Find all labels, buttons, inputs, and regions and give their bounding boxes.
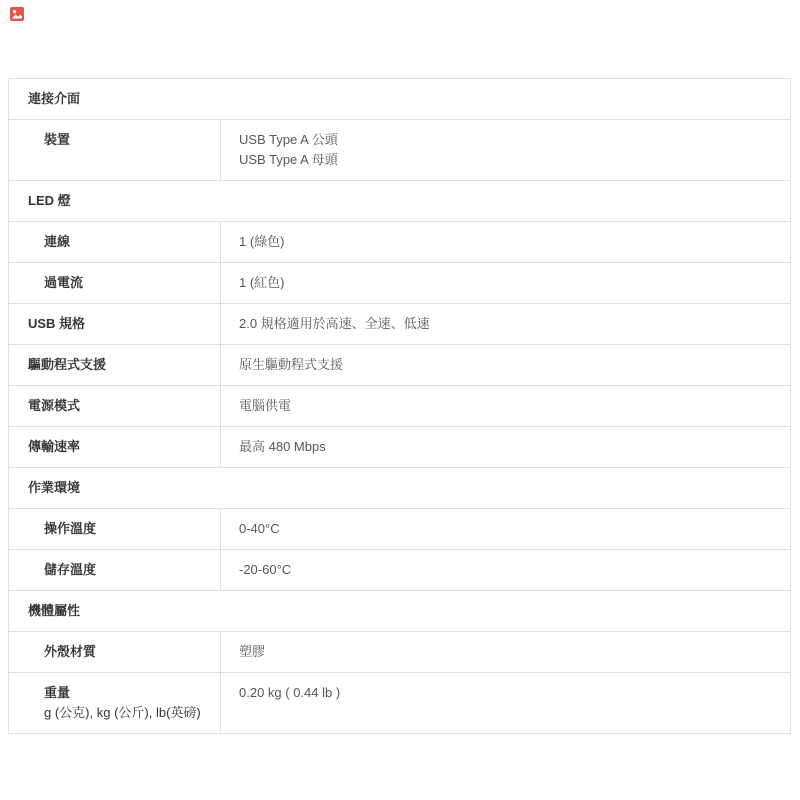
spec-row: 重量g (公克), kg (公斤), lb(英磅)0.20 kg ( 0.44 … xyxy=(9,673,791,734)
specification-table-body: 連接介面裝置USB Type A 公頭USB Type A 母頭LED 燈連線1… xyxy=(9,79,791,734)
spec-value-cell: 1 (綠色) xyxy=(221,222,791,263)
spec-label: 電源模式 xyxy=(28,396,208,416)
broken-image-icon xyxy=(10,7,24,21)
spec-value-cell: 0.20 kg ( 0.44 lb ) xyxy=(221,673,791,734)
spec-label: 裝置 xyxy=(44,130,208,150)
spec-label-cell: 裝置 xyxy=(9,120,221,181)
spec-section-row: 作業環境 xyxy=(9,468,791,509)
spec-section-header: 連接介面 xyxy=(9,79,791,120)
spec-label: 儲存溫度 xyxy=(44,560,208,580)
spec-label: 傳輸速率 xyxy=(28,437,208,457)
spec-label-cell: 操作溫度 xyxy=(9,509,221,550)
spec-label-cell: USB 規格 xyxy=(9,304,221,345)
spec-value-cell: 原生驅動程式支援 xyxy=(221,345,791,386)
spec-section-row: 連接介面 xyxy=(9,79,791,120)
spec-row: USB 規格2.0 規格適用於高速、全速、低速 xyxy=(9,304,791,345)
spec-value: USB Type A 母頭 xyxy=(239,150,778,170)
spec-value: 最高 480 Mbps xyxy=(239,437,778,457)
spec-value-cell: 塑膠 xyxy=(221,632,791,673)
spec-value: 1 (紅色) xyxy=(239,273,778,293)
spec-value: 原生驅動程式支援 xyxy=(239,355,778,375)
spec-value: 0.20 kg ( 0.44 lb ) xyxy=(239,683,778,703)
spec-value-cell: 電腦供電 xyxy=(221,386,791,427)
spec-value-cell: -20-60°C xyxy=(221,550,791,591)
spec-label-cell: 過電流 xyxy=(9,263,221,304)
spec-label: 連線 xyxy=(44,232,208,252)
spec-label: USB 規格 xyxy=(28,314,208,334)
spec-label-cell: 傳輸速率 xyxy=(9,427,221,468)
spec-value: 1 (綠色) xyxy=(239,232,778,252)
spec-row: 連線1 (綠色) xyxy=(9,222,791,263)
spec-label-cell: 重量g (公克), kg (公斤), lb(英磅) xyxy=(9,673,221,734)
spec-label-cell: 驅動程式支援 xyxy=(9,345,221,386)
spec-value: USB Type A 公頭 xyxy=(239,130,778,150)
spec-value-cell: 2.0 規格適用於高速、全速、低速 xyxy=(221,304,791,345)
spec-row: 驅動程式支援原生驅動程式支援 xyxy=(9,345,791,386)
spec-label: 操作溫度 xyxy=(44,519,208,539)
spec-value: -20-60°C xyxy=(239,560,778,580)
spec-value: 電腦供電 xyxy=(239,396,778,416)
spec-label: 過電流 xyxy=(44,273,208,293)
spec-label-cell: 電源模式 xyxy=(9,386,221,427)
spec-sublabel: g (公克), kg (公斤), lb(英磅) xyxy=(44,703,208,723)
spec-value: 2.0 規格適用於高速、全速、低速 xyxy=(239,314,778,334)
spec-label-cell: 儲存溫度 xyxy=(9,550,221,591)
spec-section-header: 機體屬性 xyxy=(9,591,791,632)
spec-value-cell: USB Type A 公頭USB Type A 母頭 xyxy=(221,120,791,181)
spec-label: 驅動程式支援 xyxy=(28,355,208,375)
spec-row: 儲存溫度-20-60°C xyxy=(9,550,791,591)
specification-table: 連接介面裝置USB Type A 公頭USB Type A 母頭LED 燈連線1… xyxy=(8,78,791,734)
spec-value: 0-40°C xyxy=(239,519,778,539)
spec-label: 重量 xyxy=(44,683,208,703)
spec-value-cell: 最高 480 Mbps xyxy=(221,427,791,468)
spec-label-cell: 連線 xyxy=(9,222,221,263)
spec-row: 過電流1 (紅色) xyxy=(9,263,791,304)
spec-section-header: 作業環境 xyxy=(9,468,791,509)
spec-value-cell: 0-40°C xyxy=(221,509,791,550)
spec-row: 操作溫度0-40°C xyxy=(9,509,791,550)
spec-row: 傳輸速率最高 480 Mbps xyxy=(9,427,791,468)
spec-section-row: 機體屬性 xyxy=(9,591,791,632)
spec-value: 塑膠 xyxy=(239,642,778,662)
spec-row: 電源模式電腦供電 xyxy=(9,386,791,427)
spec-row: 外殼材質塑膠 xyxy=(9,632,791,673)
spec-label-cell: 外殼材質 xyxy=(9,632,221,673)
spec-section-header: LED 燈 xyxy=(9,181,791,222)
spec-label: 外殼材質 xyxy=(44,642,208,662)
spec-row: 裝置USB Type A 公頭USB Type A 母頭 xyxy=(9,120,791,181)
spec-section-row: LED 燈 xyxy=(9,181,791,222)
spec-value-cell: 1 (紅色) xyxy=(221,263,791,304)
